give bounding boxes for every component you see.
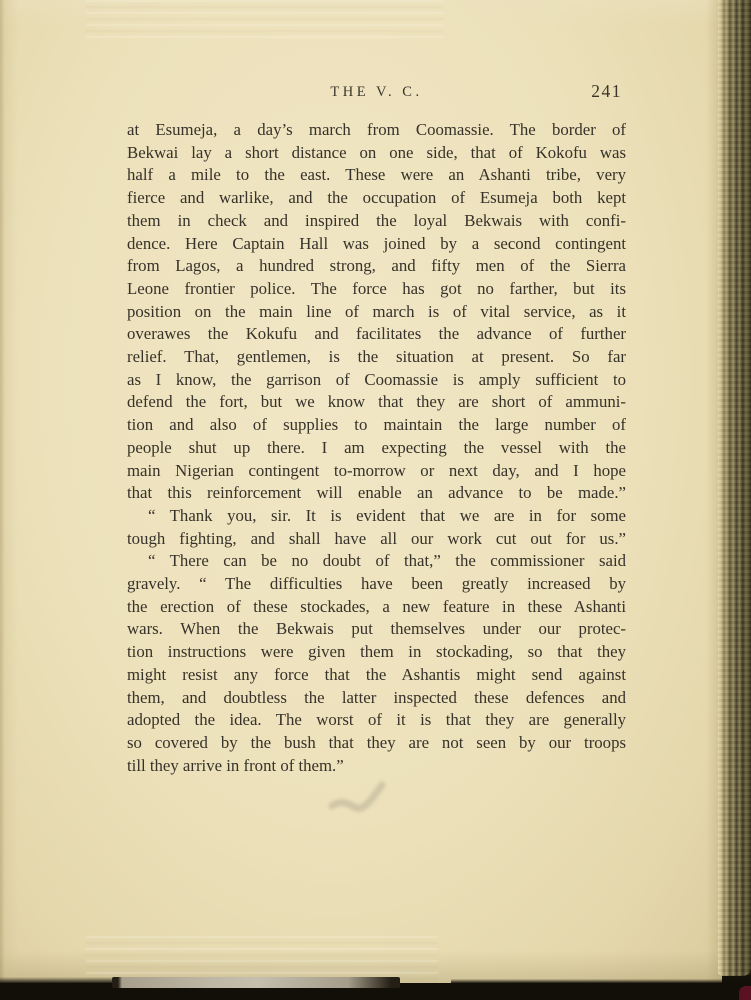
red-cover-corner [739,986,751,1000]
paragraph: “ Thank you, sir. It is evident that we … [127,505,626,550]
text-line: till they arrive in front of them.” [127,755,626,778]
text-line: as I know, the garrison of Coomassie is … [127,369,626,392]
page-number: 241 [591,81,622,102]
text-line: main Nigerian contingent to-morrow or ne… [127,460,626,483]
text-line: wars. When the Bekwais put themselves un… [127,618,626,641]
text-line: adopted the idea. The worst of it is tha… [127,709,626,732]
text-line: relief. That, gentlemen, is the situatio… [127,346,626,369]
book-page: THE V. C. 241 at Esumeja, a day’s march … [0,0,722,984]
text-line: Leone frontier police. The force has got… [127,278,626,301]
text-line: people shut up there. I am expecting the… [127,437,626,460]
text-line: overawes the Kokufu and facilitates the … [127,323,626,346]
stacked-page-edges-right [718,0,751,976]
text-line: them in check and inspired the loyal Bek… [127,210,626,233]
text-line: at Esumeja, a day’s march from Coomassie… [127,119,626,142]
text-line: that this reinforcement will enable an a… [127,482,626,505]
text-line: gravely. “ The difficulties have been gr… [127,573,626,596]
text-line: tion and also of supplies to maintain th… [127,414,626,437]
text-line: them, and doubtless the latter inspected… [127,687,626,710]
paragraph: “ There can be no doubt of that,” the co… [127,550,626,777]
text-line: “ There can be no doubt of that,” the co… [127,550,626,573]
paragraph: at Esumeja, a day’s march from Coomassie… [127,119,626,505]
page-edge-streaks-top [86,0,444,40]
text-line: position on the main line of march is of… [127,301,626,324]
text-line: dence. Here Captain Hall was joined by a… [127,233,626,256]
text-line: defend the fort, but we know that they a… [127,391,626,414]
text-line: Bekwai lay a short distance on one side,… [127,142,626,165]
book-board-edge [112,977,400,988]
text-line: tion instructions were given them in sto… [127,641,626,664]
text-line: from Lagos, a hundred strong, and fifty … [127,255,626,278]
text-line: the erection of these stockades, a new f… [127,596,626,619]
text-line: “ Thank you, sir. It is evident that we … [127,505,626,528]
page-header: THE V. C. 241 [127,84,626,106]
text-line: fierce and warlike, and the occupation o… [127,187,626,210]
checkmark-smudge [322,778,402,822]
text-line: half a mile to the east. These were an A… [127,164,626,187]
text-line: tough fighting, and shall have all our w… [127,528,626,551]
text-line: might resist any force that the Ashantis… [127,664,626,687]
text-line: so covered by the bush that they are not… [127,732,626,755]
page-text: at Esumeja, a day’s march from Coomassie… [127,119,626,777]
running-title: THE V. C. [127,84,626,101]
